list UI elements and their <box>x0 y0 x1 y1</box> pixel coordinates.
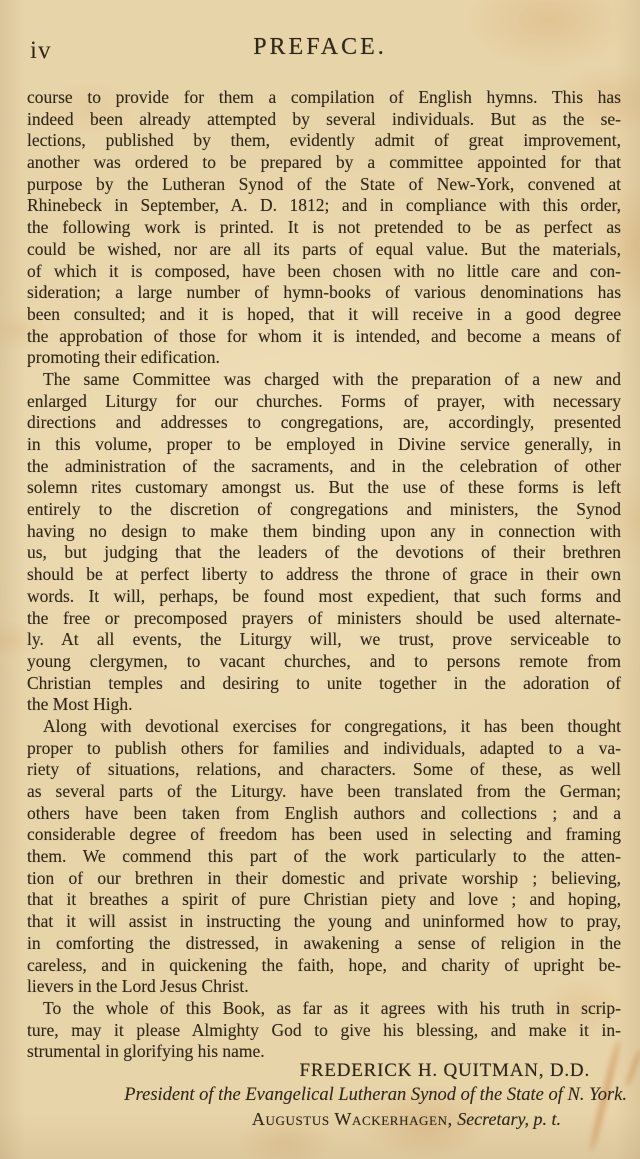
text-line: young clergymen, to vacant churches, and… <box>27 651 621 673</box>
page-header: iv PREFACE. <box>0 34 640 74</box>
text-line: that it breathes a spirit of pure Christ… <box>27 889 621 911</box>
text-line: enlarged Liturgy for our churches. Forms… <box>27 391 621 413</box>
signature-secretary: Augustus Wackerhagen, Secretary, p. t. <box>27 1107 627 1131</box>
text-line: entirely to the discretion of congregati… <box>27 499 621 521</box>
text-line: Rhinebeck in September, A. D. 1812; and … <box>27 195 621 217</box>
text-line: been consulted; and it is hoped, that it… <box>27 304 621 326</box>
text-line: ly. At all events, the Liturgy will, we … <box>27 629 621 651</box>
text-line: Christian temples and desiring to unite … <box>27 673 621 695</box>
text-line: proper to publish others for families an… <box>27 738 621 760</box>
text-line: could be wished, nor are all its parts o… <box>27 239 621 261</box>
text-line: that it will assist in instructing the y… <box>27 911 621 933</box>
text-line: lections, published by them, evidently a… <box>27 130 621 152</box>
text-line: The same Committee was charged with the … <box>27 369 621 391</box>
signature-title: President of the Evangelical Lutheran Sy… <box>27 1083 627 1107</box>
page-number: iv <box>30 37 51 65</box>
text-line: us, but judging that the leaders of the … <box>27 542 621 564</box>
text-line: in this volume, proper to be employed in… <box>27 434 621 456</box>
text-line: in comforting the distressed, in awakeni… <box>27 933 621 955</box>
text-line: of which it is composed, have been chose… <box>27 261 621 283</box>
text-line: words. It will, perhaps, be found most e… <box>27 586 621 608</box>
text-line: the Most High. <box>27 694 621 716</box>
text-line: To the whole of this Book, as far as it … <box>27 998 621 1020</box>
text-line: the administration of the sacraments, an… <box>27 456 621 478</box>
preface-body: course to provide for them a compilation… <box>27 87 621 1063</box>
text-line: purpose by the Lutheran Synod of the Sta… <box>27 174 621 196</box>
text-line: the free or precomposed prayers of minis… <box>27 608 621 630</box>
text-line: indeed been already attempted by several… <box>27 109 621 131</box>
text-line: careless, and in quickening the faith, h… <box>27 955 621 977</box>
text-line: as several parts of the Liturgy. have be… <box>27 781 621 803</box>
text-line: the following work is printed. It is not… <box>27 217 621 239</box>
text-line: lievers in the Lord Jesus Christ. <box>27 976 621 998</box>
text-line: considerable degree of freedom has been … <box>27 824 621 846</box>
text-line: solemn rites customary amongst us. But t… <box>27 477 621 499</box>
text-line: Along with devotional exercises for cong… <box>27 716 621 738</box>
text-line: tion of our brethren in their domestic a… <box>27 868 621 890</box>
text-line: directions and addresses to congregation… <box>27 412 621 434</box>
text-line: another was ordered to be prepared by a … <box>27 152 621 174</box>
scanned-book-page: iv PREFACE. course to provide for them a… <box>0 0 640 1159</box>
text-line: them. We commend this part of the work p… <box>27 846 621 868</box>
text-line: should be at perfect liberty to address … <box>27 564 621 586</box>
secretary-role: Secretary, p. t. <box>453 1109 561 1129</box>
text-line: others have been taken from English auth… <box>27 803 621 825</box>
text-line: promoting their edification. <box>27 347 621 369</box>
signature-block: FREDERICK H. QUITMAN, D.D. President of … <box>27 1059 627 1131</box>
secretary-name: Augustus Wackerhagen, <box>252 1109 453 1129</box>
signature-name: FREDERICK H. QUITMAN, D.D. <box>27 1059 627 1083</box>
text-line: ture, may it please Almighty God to give… <box>27 1020 621 1042</box>
text-line: the approbation of those for whom it is … <box>27 326 621 348</box>
text-line: course to provide for them a compilation… <box>27 87 621 109</box>
text-line: sideration; a large number of hymn-books… <box>27 282 621 304</box>
text-line: riety of situations, relations, and char… <box>27 759 621 781</box>
page-title: PREFACE. <box>0 34 640 61</box>
text-line: having no design to make them binding up… <box>27 521 621 543</box>
